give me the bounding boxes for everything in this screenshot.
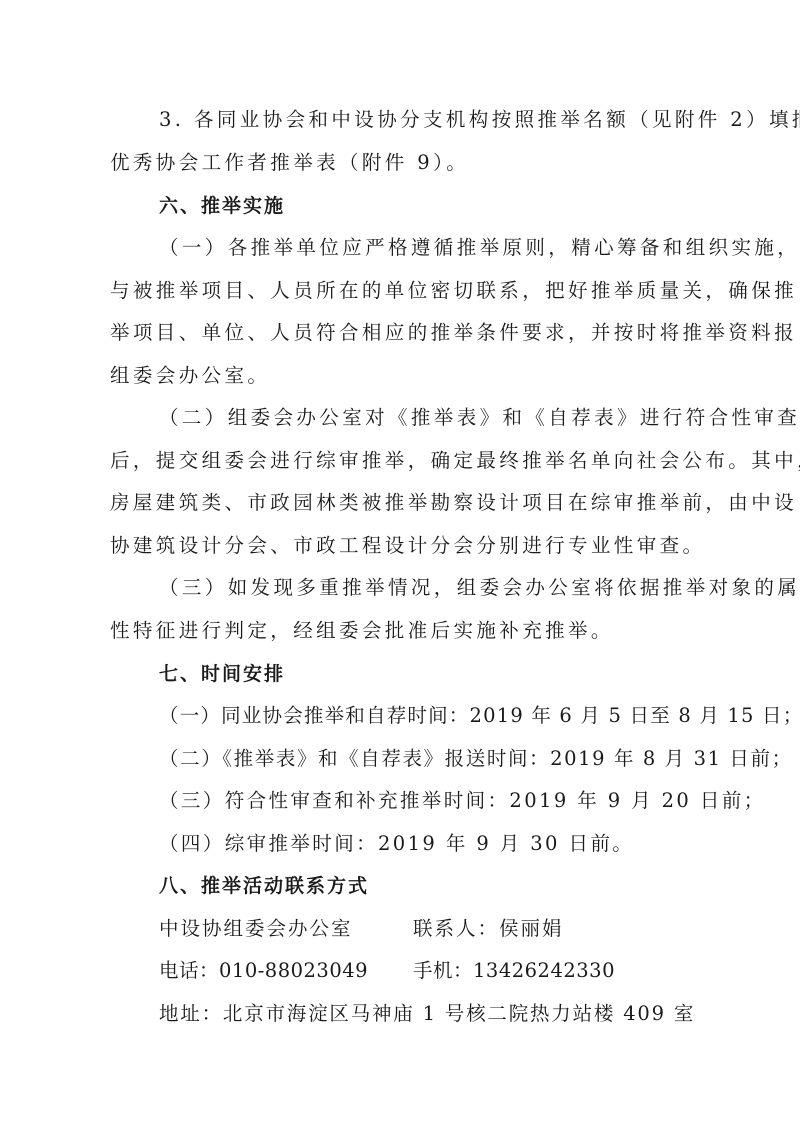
contact-office: 中设协组委会办公室 [159,917,353,941]
schedule-item: （四）综审推举时间：2019 年 9 月 30 日前。 [159,832,634,856]
section7-heading: 七、时间安排 [159,662,285,686]
section6-para2-line: （二）组委会办公室对《推举表》和《自荐表》进行符合性审查 [159,406,800,430]
section8-heading: 八、推举活动联系方式 [159,874,369,898]
section6-heading: 六、推举实施 [159,194,285,218]
contact-phone: 电话：010-88023049 [159,959,368,983]
schedule-item: （一）同业协会推举和自荐时间：2019 年 6 月 5 日至 8 月 15 日； [159,704,800,728]
section6-para1-line: （一）各推举单位应严格遵循推举原则，精心筹备和组织实施， [159,236,800,260]
schedule-item: （三）符合性审查和补充推举时间：2019 年 9 月 20 日前； [159,789,766,813]
section6-para2-line: 后，提交组委会进行综审推举，确定最终推举名单向社会公布。其中， [110,449,800,473]
item3-line2: 优秀协会工作者推举表（附件 9）。 [110,151,469,175]
contact-mobile: 手机：13426242330 [413,959,615,983]
section6-para1-line: 举项目、单位、人员符合相应的推举条件要求，并按时将推举资料报 [110,321,797,345]
section6-para2-line: 协建筑设计分会、市政工程设计分会分别进行专业性审查。 [110,534,705,558]
section6-para1-line: 组委会办公室。 [110,364,270,388]
item3-line1: 3. 各同业协会和中设协分支机构按照推举名额（见附件 2）填报 [159,108,800,132]
contact-person: 联系人：侯丽娟 [413,917,564,941]
section6-para2-line: 房屋建筑类、市政园林类被推举勘察设计项目在综审推举前，由中设 [110,491,797,515]
section6-para3-line: （三）如发现多重推举情况，组委会办公室将依据推举对象的属 [159,576,800,600]
section6-para3-line: 性特征进行判定，经组委会批准后实施补充推举。 [110,619,614,643]
section6-para1-line: 与被推举项目、人员所在的单位密切联系，把好推举质量关，确保推 [110,279,797,303]
contact-address: 地址：北京市海淀区马神庙 1 号核二院热力站楼 409 室 [159,1002,695,1026]
schedule-item: （二）《推举表》和《自荐表》报送时间：2019 年 8 月 31 日前； [159,747,793,771]
